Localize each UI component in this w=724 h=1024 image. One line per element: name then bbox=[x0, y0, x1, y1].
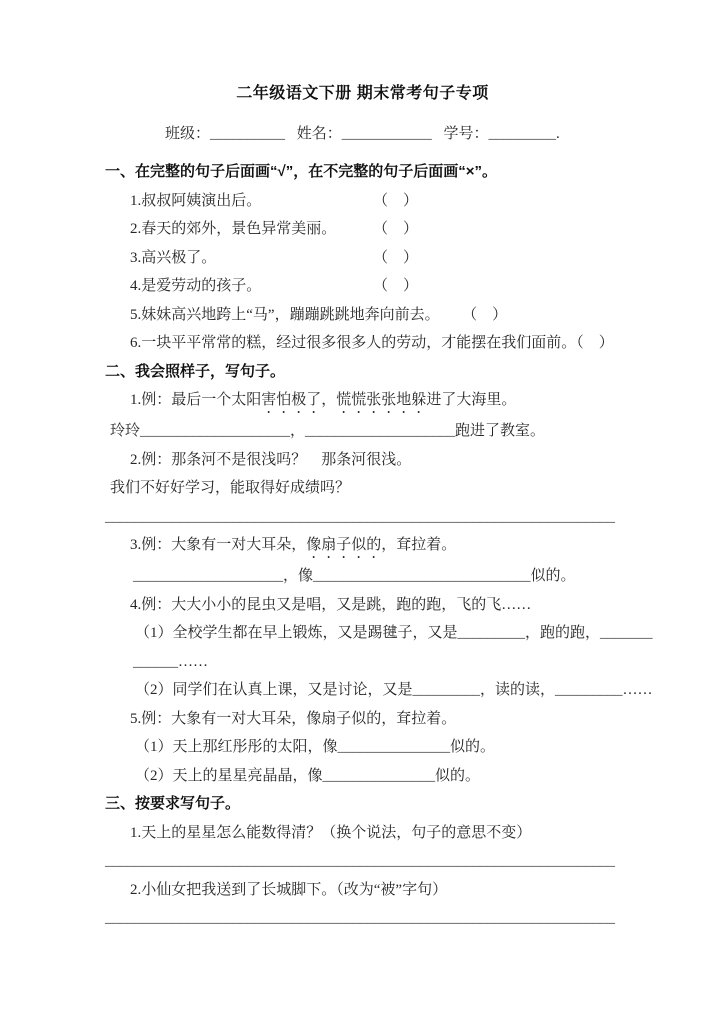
question-row-1-3: 3.高兴极了。（ ） bbox=[105, 244, 620, 273]
prompt-row-2-2: 我们不好好学习，能取得好成绩吗？ bbox=[105, 474, 620, 503]
fill-blank: _____________________________ bbox=[313, 568, 531, 584]
fill-row-2-4-continuation: ______…… bbox=[105, 648, 620, 677]
example-text: 进了大海里。 bbox=[426, 392, 516, 408]
fill-row-2-5-1: （1）天上那红彤彤的太阳，像_______________似的。 bbox=[105, 733, 620, 762]
question-row-3-2: 2.小仙女把我送到了长城脚下。（改为“被”字句） bbox=[105, 876, 620, 905]
section-2-heading: 二、我会照样子，写句子。 bbox=[105, 358, 620, 387]
class-blank: __________ bbox=[210, 126, 285, 142]
question-text: 4.是爱劳动的孩子。 bbox=[130, 272, 373, 301]
fill-row-2-4-2: （2）同学们在认真上课，又是讨论，又是_________，读的读，_______… bbox=[105, 676, 620, 705]
question-text: 5.妹妹高兴地跨上“马”，蹦蹦跳跳地奔向前去。 bbox=[130, 307, 440, 323]
section-1-heading: 一、在完整的句子后面画“√”，在不完整的句子后面画“×”。 bbox=[105, 158, 620, 187]
fill-blank: ____________________ bbox=[305, 423, 455, 439]
class-label: 班级： bbox=[165, 126, 210, 142]
example-text: ， bbox=[321, 392, 336, 408]
fill-row-2-4-1: （1）全校学生都在早上锻炼，又是踢毽子，又是_________，跑的跑，____… bbox=[105, 619, 620, 648]
ellipsis-text: …… bbox=[178, 654, 208, 670]
example-text: ，耷拉着。 bbox=[381, 537, 456, 553]
example-row-2-2: 2.例：那条河不是很浅吗？ 那条河很浅。 bbox=[105, 446, 620, 475]
answer-blank-line: ________________________________________… bbox=[105, 503, 620, 532]
name-blank: ____________ bbox=[342, 126, 432, 142]
question-row-1-2: 2.春天的郊外，景色异常美丽。（ ） bbox=[105, 215, 620, 244]
question-row-1-4: 4.是爱劳动的孩子。（ ） bbox=[105, 272, 620, 301]
fill-blank: ______ bbox=[133, 654, 178, 670]
answer-blank-line: ________________________________________… bbox=[105, 904, 620, 933]
example-row-2-1: 1.例：最后一个太阳害怕极了，慌慌张张地躲进了大海里。 bbox=[105, 386, 620, 417]
student-id-blank: _________ bbox=[489, 126, 557, 142]
section-3-heading: 三、按要求写句子。 bbox=[105, 790, 620, 819]
fill-text: 玲玲 bbox=[110, 423, 140, 439]
fill-text: （1）全校学生都在早上锻炼，又是踢毽子，又是 bbox=[135, 625, 458, 641]
fill-text: 似的。 bbox=[450, 739, 495, 755]
example-text: 1.例：最后一个太阳 bbox=[130, 392, 261, 408]
student-id-label: 学号： bbox=[444, 126, 489, 142]
fill-blank: _______ bbox=[600, 625, 653, 641]
answer-paren: （ ） bbox=[373, 250, 418, 266]
ellipsis-text: …… bbox=[623, 682, 653, 698]
answer-paren: （ ） bbox=[470, 307, 508, 323]
answer-paren: （ ） bbox=[576, 335, 614, 351]
name-label: 姓名： bbox=[297, 126, 342, 142]
answer-paren: （ ） bbox=[373, 278, 418, 294]
answer-paren: （ ） bbox=[373, 193, 418, 209]
fill-text: （2）天上的星星亮晶晶，像 bbox=[135, 768, 323, 784]
fill-blank: _______________ bbox=[338, 739, 451, 755]
question-text: 2.春天的郊外，景色异常美丽。 bbox=[130, 215, 373, 244]
fill-text: 似的。 bbox=[531, 568, 576, 584]
emphasized-text: 像扇子似的 bbox=[306, 537, 381, 553]
question-text: 1.叔叔阿姨演出后。 bbox=[130, 187, 373, 216]
answer-blank-line: ________________________________________… bbox=[105, 847, 620, 876]
example-row-2-4: 4.例：大大小小的昆虫又是唱，又是跳，跑的跑，飞的飞…… bbox=[105, 591, 620, 620]
fill-text: ，读的读， bbox=[480, 682, 555, 698]
emphasized-text: 慌慌张张地躲 bbox=[336, 392, 426, 408]
fill-blank: _________ bbox=[458, 625, 526, 641]
fill-text: ，像 bbox=[283, 568, 313, 584]
worksheet-page: 二年级语文下册 期末常考句子专项 班级：__________ 姓名：______… bbox=[0, 0, 724, 1024]
worksheet-body: 一、在完整的句子后面画“√”，在不完整的句子后面画“×”。 1.叔叔阿姨演出后。… bbox=[105, 158, 620, 933]
fill-blank: ____________________ bbox=[133, 568, 283, 584]
question-row-1-5: 5.妹妹高兴地跨上“马”，蹦蹦跳跳地奔向前去。（ ） bbox=[105, 301, 620, 330]
fill-row-2-5-2: （2）天上的星星亮晶晶，像_______________似的。 bbox=[105, 762, 620, 791]
header-period: . bbox=[556, 126, 560, 142]
answer-paren: （ ） bbox=[373, 221, 418, 237]
fill-text: 似的。 bbox=[435, 768, 480, 784]
question-row-1-1: 1.叔叔阿姨演出后。（ ） bbox=[105, 187, 620, 216]
question-text: 3.高兴极了。 bbox=[130, 244, 373, 273]
fill-text: （1）天上那红彤彤的太阳，像 bbox=[135, 739, 338, 755]
example-row-2-5: 5.例：大象有一对大耳朵，像扇子似的，耷拉着。 bbox=[105, 705, 620, 734]
fill-text: ， bbox=[290, 423, 305, 439]
fill-blank: ____________________ bbox=[140, 423, 290, 439]
fill-blank: _________ bbox=[555, 682, 623, 698]
question-row-1-6: 6.一块平平常常的糕，经过很多很多人的劳动，才能摆在我们面前。（ ） bbox=[105, 329, 620, 358]
fill-blank: _______________ bbox=[323, 768, 436, 784]
example-text: 3.例：大象有一对大耳朵， bbox=[130, 537, 306, 553]
question-text: 6.一块平平常常的糕，经过很多很多人的劳动，才能摆在我们面前。 bbox=[130, 335, 576, 351]
fill-row-2-3: ____________________，像__________________… bbox=[105, 562, 620, 591]
fill-text: ，跑的跑， bbox=[525, 625, 600, 641]
fill-text: （2）同学们在认真上课，又是讨论，又是 bbox=[135, 682, 413, 698]
question-row-3-1: 1.天上的星星怎么能数得清？（换个说法，句子的意思不变） bbox=[105, 819, 620, 848]
student-info-line: 班级：__________ 姓名：____________ 学号：_______… bbox=[105, 120, 620, 148]
page-title: 二年级语文下册 期末常考句子专项 bbox=[105, 84, 620, 104]
fill-text: 跑进了教室。 bbox=[455, 423, 545, 439]
emphasized-text: 害怕极了 bbox=[261, 392, 321, 408]
fill-blank: _________ bbox=[413, 682, 481, 698]
fill-row-2-1: 玲玲____________________，_________________… bbox=[105, 417, 620, 446]
example-row-2-3: 3.例：大象有一对大耳朵，像扇子似的，耷拉着。 bbox=[105, 531, 620, 562]
